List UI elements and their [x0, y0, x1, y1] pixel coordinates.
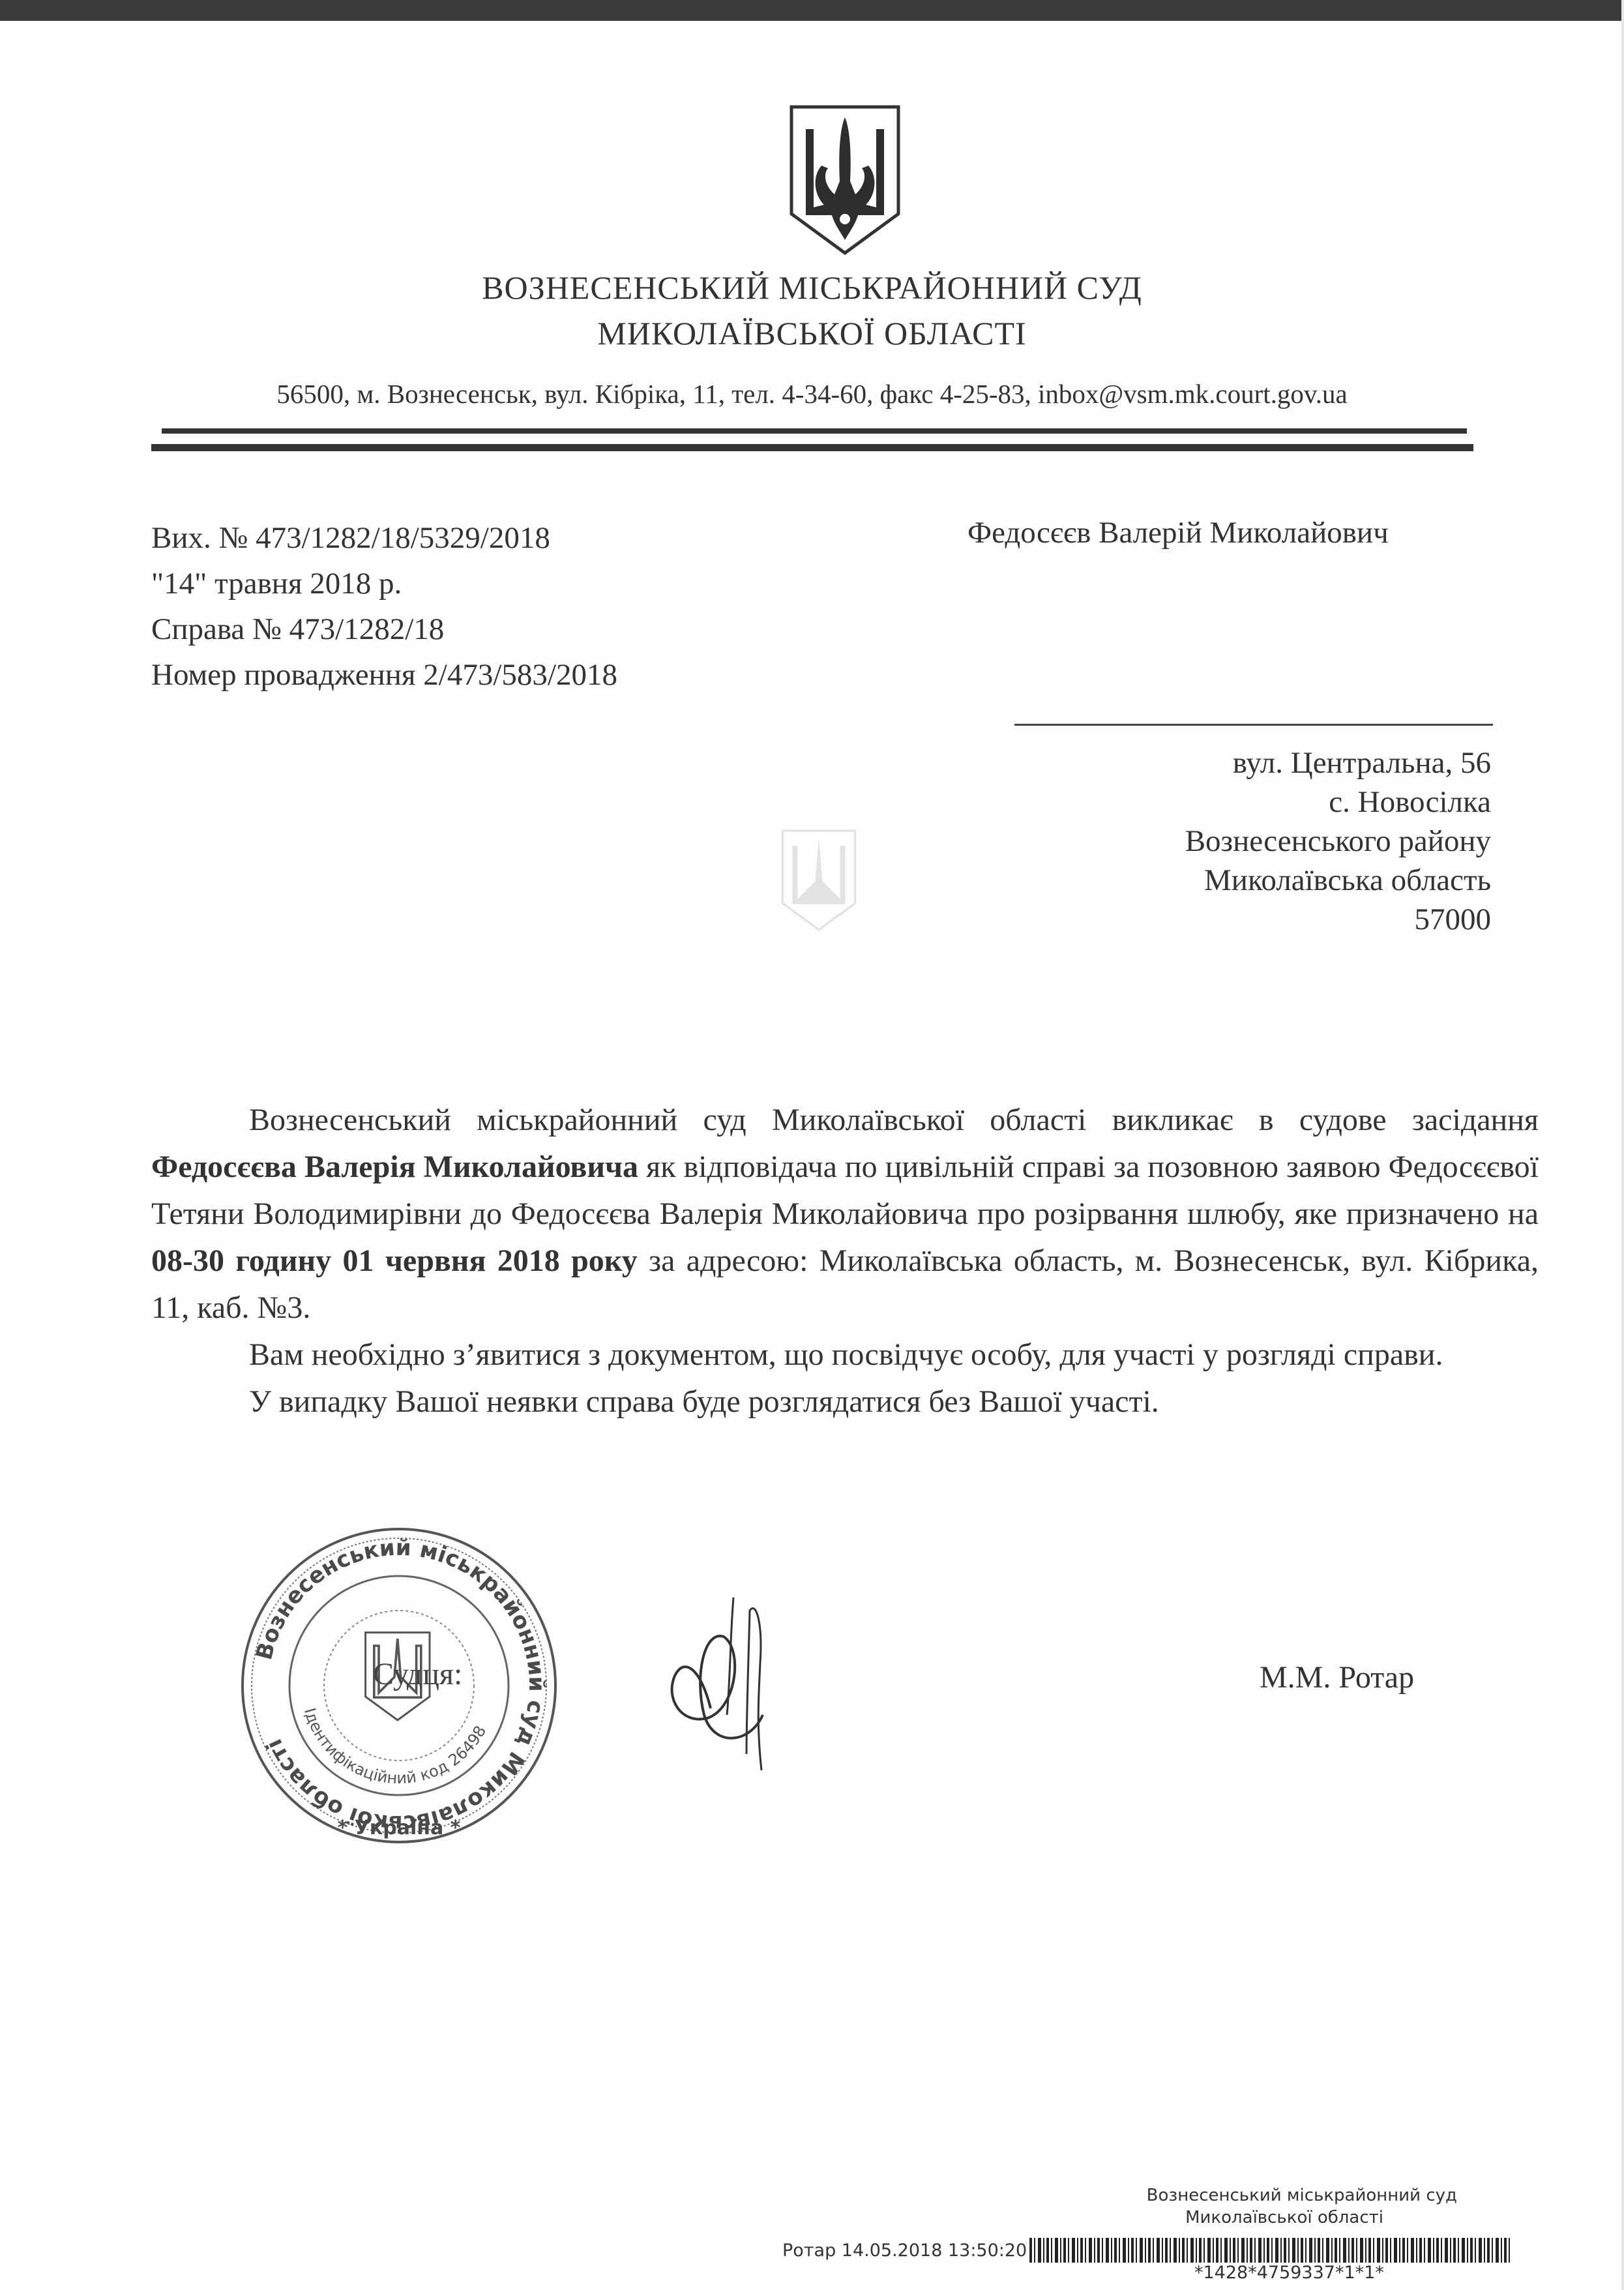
court-contact-line: 56500, м. Вознесенськ, вул. Кібріка, 11,… — [0, 378, 1624, 409]
court-name-line1: ВОЗНЕСЕНСЬКИЙ МІСЬКРАЙОННИЙ СУД — [0, 269, 1624, 306]
letter-date: "14" травня 2018 р. — [151, 561, 617, 606]
barcode-row: Ротар 14.05.2018 13:50:20 — [782, 2237, 1512, 2264]
address-street: вул. Центральна, 56 — [1185, 743, 1491, 782]
judge-label: Судця: — [373, 1656, 462, 1692]
case-number: Справа № 473/1282/18 — [151, 606, 617, 652]
address-village: с. Новосілка — [1185, 782, 1491, 822]
handwritten-signature — [665, 1584, 900, 1780]
barcode-icon — [1029, 2238, 1512, 2263]
barcode-court-label: Вознесенський міськрайонний суд Миколаїв… — [848, 2184, 1532, 2229]
recipient-address: вул. Центральна, 56 с. Новосілка Вознесе… — [1185, 743, 1491, 939]
proceeding-number: Номер провадження 2/473/583/2018 — [151, 652, 617, 698]
id-requirement-paragraph: Вам необхідно з’явитися з документом, що… — [151, 1331, 1539, 1378]
header-rule-thin — [162, 428, 1467, 434]
svg-text:* Україна *: * Україна * — [338, 1817, 461, 1839]
summons-paragraph: Вознесенський міськрайонний суд Миколаїв… — [151, 1097, 1539, 1331]
header-rule-thick — [151, 444, 1473, 451]
defendant-name: Федосєєва Валерія Миколайовича — [151, 1150, 638, 1184]
signer-timestamp: Ротар 14.05.2018 13:50:20 — [782, 2240, 1027, 2261]
outgoing-number: Вих. № 473/1282/18/5329/2018 — [151, 515, 617, 561]
trident-emblem-icon — [788, 103, 902, 257]
reference-block: Вих. № 473/1282/18/5329/2018 "14" травня… — [151, 515, 617, 698]
court-name-line2: МИКОЛАЇВСЬКОЇ ОБЛАСТІ — [0, 314, 1624, 352]
absence-warning-paragraph: У випадку Вашої неявки справа буде розгл… — [151, 1378, 1539, 1425]
recipient-name: Федосєєв Валерій Миколайович — [967, 515, 1389, 550]
address-district: Вознесенського району — [1185, 822, 1491, 861]
summons-body: Вознесенський міськрайонний суд Миколаїв… — [151, 1097, 1539, 1425]
scan-top-border — [0, 0, 1624, 21]
judge-name: М.М. Ротар — [1260, 1659, 1414, 1695]
address-postcode: 57000 — [1185, 900, 1491, 939]
recipient-underline — [1014, 724, 1493, 726]
bleedthrough-emblem-icon — [780, 828, 858, 932]
address-region: Миколаївська область — [1185, 861, 1491, 900]
hearing-datetime: 08-30 годину 01 червня 2018 року — [151, 1243, 638, 1278]
barcode-number: *1428*4759337*1*1* — [1194, 2263, 1384, 2283]
